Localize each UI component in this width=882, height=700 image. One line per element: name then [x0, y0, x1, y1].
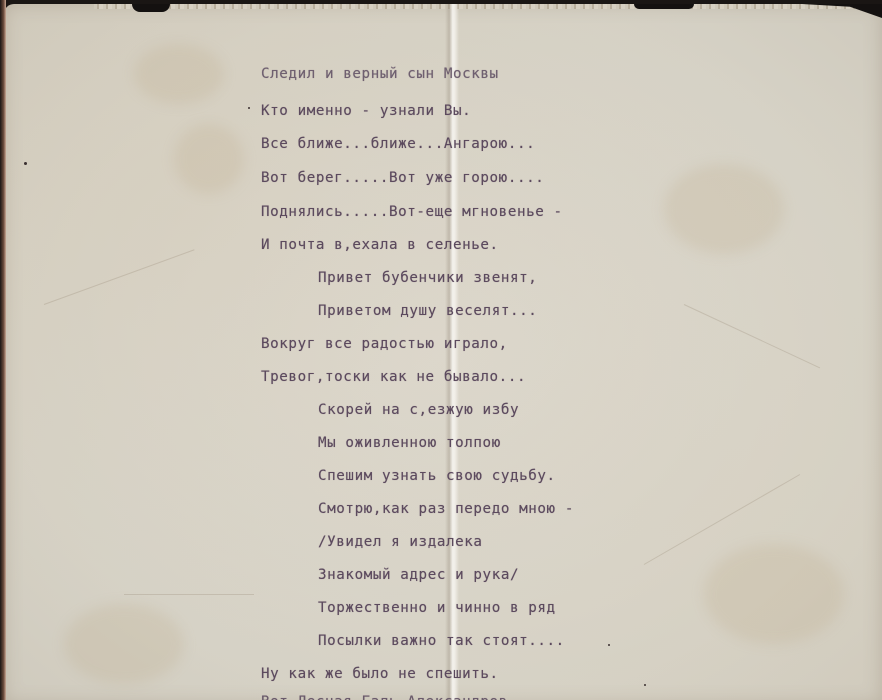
ink-speck	[644, 684, 646, 686]
paper-stain	[64, 604, 184, 684]
poem-line: Знакомый адрес и рука/	[318, 565, 519, 585]
paper-stain	[174, 124, 244, 194]
ink-speck	[608, 644, 610, 646]
poem-line: /Увидел я издалека	[318, 532, 483, 552]
torn-notch	[634, 4, 694, 9]
poem-line: Мы оживленною толпою	[318, 433, 501, 453]
poem-line: Все ближе...ближе...Ангарою...	[261, 134, 535, 154]
paper-stain	[704, 544, 844, 644]
poem-line: Тревог,тоски как не бывало...	[261, 367, 526, 387]
poem-line: Торжественно и чинно в ряд	[318, 598, 556, 618]
scanned-document: Следил и верный сын Москвы Кто именно - …	[0, 0, 882, 700]
poem-line: Вот берег.....Вот уже горою....	[261, 168, 544, 188]
ink-speck	[24, 162, 27, 165]
paper-stain	[134, 44, 224, 104]
poem-line: Приветом душу веселят...	[318, 301, 537, 321]
paper-crease	[124, 594, 254, 595]
poem-line: Спешим узнать свою судьбу.	[318, 466, 556, 486]
poem-line: Смотрю,как раз передо мною -	[318, 499, 574, 519]
paper-left-edge	[0, 0, 6, 700]
paper-crease	[684, 304, 820, 368]
poem-line: Ну как же было не спешить.	[261, 664, 499, 684]
paper-crease	[44, 249, 195, 305]
poem-line: И почта в,ехала в селенье.	[261, 235, 499, 255]
poem-line: Скорей на с,езжую избу	[318, 400, 519, 420]
torn-notch	[132, 4, 170, 12]
poem-line: Поднялись.....Вот-еще мгновенье -	[261, 202, 563, 222]
paper-top-edge	[94, 4, 882, 9]
poem-line: Вокруг все радостью играло,	[261, 334, 508, 354]
poem-line-cut-off: Вот Лесная Галь Александров	[261, 692, 508, 700]
ink-speck	[248, 107, 250, 109]
poem-line: Посылки важно так стоят....	[318, 631, 565, 651]
paper-stain	[664, 164, 784, 254]
poem-line: Следил и верный сын Москвы	[261, 64, 499, 84]
poem-line: Привет бубенчики звенят,	[318, 268, 537, 288]
poem-line: Кто именно - узнали Вы.	[261, 101, 471, 121]
